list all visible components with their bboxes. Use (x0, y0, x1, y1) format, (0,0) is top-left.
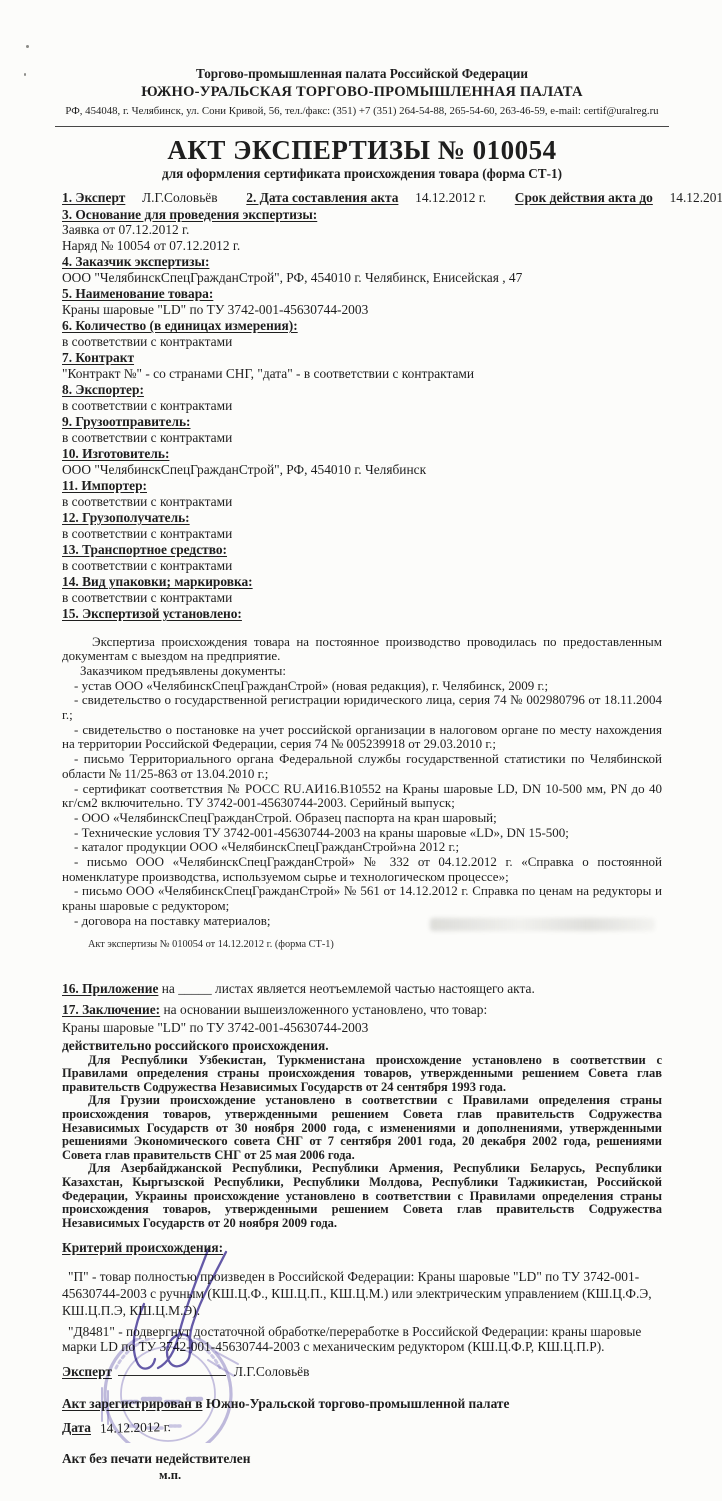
chamber-name: ЮЖНО-УРАЛЬСКАЯ ТОРГОВО-ПРОМЫШЛЕННАЯ ПАЛА… (62, 84, 662, 101)
document-content: Торгово-промышленная палата Российской Ф… (62, 66, 662, 1483)
field-label: 4. Заказчик экспертизы: (62, 254, 209, 269)
field-value: в соответствии с контрактами (62, 558, 662, 574)
field-block: 13. Транспортное средство: в соответстви… (62, 542, 662, 573)
field-value: в соответствии с контрактами (62, 590, 662, 606)
registration-date: 14.12.2012 г. (100, 1419, 171, 1437)
field-block: 10. Изготовитель: ООО "ЧелябинскСпецГраж… (62, 446, 662, 477)
document-page: Торгово-промышленная палата Российской Ф… (0, 0, 722, 1501)
criteria-d-paragraph: "Д8481" - подвергнут достаточной обработ… (62, 1324, 662, 1355)
document-list-item: - Технические условия ТУ 3742-001-456307… (62, 826, 662, 841)
field-value: Краны шаровые "LD" по ТУ 3742-001-456307… (62, 302, 662, 318)
expert-signature-name: Л.Г.Соловьёв (234, 1364, 310, 1379)
act-subtitle: для оформления сертификата происхождения… (62, 166, 662, 181)
appendix-label: 16. Приложение (62, 981, 158, 996)
criteria-p-paragraph: "П" - товар полностью произведен в Росси… (62, 1268, 662, 1319)
field-label-expert: 1. Эксперт (62, 190, 125, 205)
origin-statement: действительно российского происхождения. (62, 1038, 662, 1054)
registration-label: Акт зарегистрирован в (62, 1396, 202, 1411)
expertise-findings: Экспертиза происхождения товара на посто… (62, 635, 662, 929)
org-name: Торгово-промышленная палата Российской Ф… (62, 66, 662, 81)
field-block: 9. Грузоотправитель: в соответствии с ко… (62, 414, 662, 445)
field-value: "Контракт №" - со странами СНГ, "дата" -… (62, 366, 662, 382)
valid-until-date: 14.12.2013 г. (670, 190, 722, 205)
signature-line (118, 1363, 226, 1376)
field-label: 6. Количество (в единицах измерения): (62, 318, 298, 333)
expertise-paragraph: Экспертиза происхождения товара на посто… (62, 635, 662, 664)
field-value: в соответствии с контрактами (62, 398, 662, 414)
conclusion-intro: на основании вышеизложенного установлено… (164, 1002, 488, 1017)
field-label: 3. Основание для проведения экспертизы: (62, 207, 317, 222)
document-list-item: - свидетельство о постановке на учет рос… (62, 723, 662, 752)
origin-rules-paragraph: Для Республики Узбекистан, Туркменистана… (62, 1054, 662, 1095)
field-label: 9. Грузоотправитель: (62, 414, 191, 429)
document-list-item: - письмо Территориального органа Федерал… (62, 752, 662, 781)
field-block: 7. Контракт "Контракт №" - со странами С… (62, 350, 662, 381)
expert-signature-row: ЭкспертЛ.Г.Соловьёв (62, 1363, 662, 1380)
field-label: 10. Изготовитель: (62, 446, 169, 461)
document-list-item: - письмо ООО «ЧелябинскСпецГражданСтрой»… (62, 855, 662, 884)
field-label: 5. Наименование товара: (62, 286, 213, 301)
field-label: 12. Грузополучатель: (62, 510, 190, 525)
document-list-item: - ООО «ЧелябинскСпецГражданСтрой. Образе… (62, 811, 662, 826)
origin-rules-paragraph: Для Азербайджанской Республики, Республи… (62, 1162, 662, 1230)
registration-value: Южно-Уральской торгово-промышленной пала… (206, 1396, 510, 1411)
registration-date-row: Дата 14.12.2012 г. (62, 1420, 662, 1436)
criteria-heading: Критерий происхождения: (62, 1240, 662, 1256)
field-label-act-date: 2. Дата составления акта (246, 190, 398, 205)
seal-place-abbr: м.п. (62, 1468, 662, 1483)
expert-signature-label: Эксперт (62, 1364, 112, 1379)
document-list-item: - каталог продукции ООО «ЧелябинскСпецГр… (62, 840, 662, 855)
field-block: 8. Экспортер: в соответствии с контракта… (62, 382, 662, 413)
act-title: АКТ ЭКСПЕРТИЗЫ № 010054 (62, 135, 662, 165)
conclusion-line: 17. Заключение: на основании вышеизложен… (62, 1002, 662, 1018)
field-value: в соответствии с контрактами (62, 526, 662, 542)
document-list-item: - письмо ООО «ЧелябинскСпецГражданСтрой»… (62, 884, 662, 913)
field-label: 8. Экспортер: (62, 382, 144, 397)
field-label-valid-until: Срок действия акта до (515, 190, 653, 205)
field-value: ООО "ЧелябинскСпецГражданСтрой", РФ, 454… (62, 462, 662, 478)
field-label: 7. Контракт (62, 350, 134, 365)
product-name: Краны шаровые "LD" по ТУ 3742-001-456307… (62, 1020, 662, 1036)
field-value: в соответствии с контрактами (62, 494, 662, 510)
appendix-line: 16. Приложение на _____ листах является … (62, 981, 662, 997)
registration-row: Акт зарегистрирован в Южно-Уральской тор… (62, 1396, 662, 1412)
documents-intro: Заказчиком предъявлены документы: (62, 664, 662, 679)
field-value: в соответствии с контрактами (62, 334, 662, 350)
field-block: 4. Заказчик экспертизы: ООО "ЧелябинскСп… (62, 254, 662, 285)
field-label: 15. Экспертизой установлено: (62, 606, 242, 621)
expert-date-row: 1. Эксперт Л.Г.Соловьёв 2. Дата составле… (62, 190, 662, 206)
header-divider (55, 126, 669, 127)
field-label: 14. Вид упаковки; маркировка: (62, 574, 253, 589)
scan-speck (26, 45, 29, 48)
conclusion-label: 17. Заключение: (62, 1002, 160, 1017)
page-reference: Акт экспертизы № 010054 от 14.12.2012 г.… (88, 939, 662, 951)
expert-name: Л.Г.Соловьёв (142, 190, 218, 205)
address-line: РФ, 454048, г. Челябинск, ул. Сони Криво… (62, 105, 662, 117)
scan-bleed-through (430, 918, 655, 931)
document-list-item: - сертификат соответствия № РОСС RU.АИ16… (62, 782, 662, 811)
scan-speck (24, 73, 26, 76)
field-block: 3. Основание для проведения экспертизы: … (62, 207, 662, 254)
field-value: Заявка от 07.12.2012 г. Наряд № 10054 от… (62, 222, 662, 253)
field-block: 14. Вид упаковки; маркировка: в соответс… (62, 574, 662, 605)
date-label: Дата (62, 1420, 91, 1435)
field-label: 13. Транспортное средство: (62, 542, 227, 557)
document-list-item: - устав ООО «ЧелябинскСпецГражданСтрой» … (62, 679, 662, 694)
field-block: 15. Экспертизой установлено: (62, 606, 662, 622)
field-block: 6. Количество (в единицах измерения): в … (62, 318, 662, 349)
field-value: в соответствии с контрактами (62, 430, 662, 446)
field-label: 11. Импортер: (62, 478, 147, 493)
field-block: 5. Наименование товара: Краны шаровые "L… (62, 286, 662, 317)
fields-section: 1. Эксперт Л.Г.Соловьёв 2. Дата составле… (62, 190, 662, 622)
no-seal-note: Акт без печати недействителен (62, 1451, 662, 1466)
field-block: 11. Импортер: в соответствии с контракта… (62, 478, 662, 509)
act-date: 14.12.2012 г. (415, 190, 486, 205)
document-list-item: - свидетельство о государственной регист… (62, 693, 662, 722)
field-value: ООО "ЧелябинскСпецГражданСтрой", РФ, 454… (62, 270, 662, 286)
origin-rules-paragraph: Для Грузии происхождение установлено в с… (62, 1094, 662, 1162)
appendix-text: на _____ листах является неотъемлемой ча… (162, 981, 535, 996)
field-block: 12. Грузополучатель: в соответствии с ко… (62, 510, 662, 541)
